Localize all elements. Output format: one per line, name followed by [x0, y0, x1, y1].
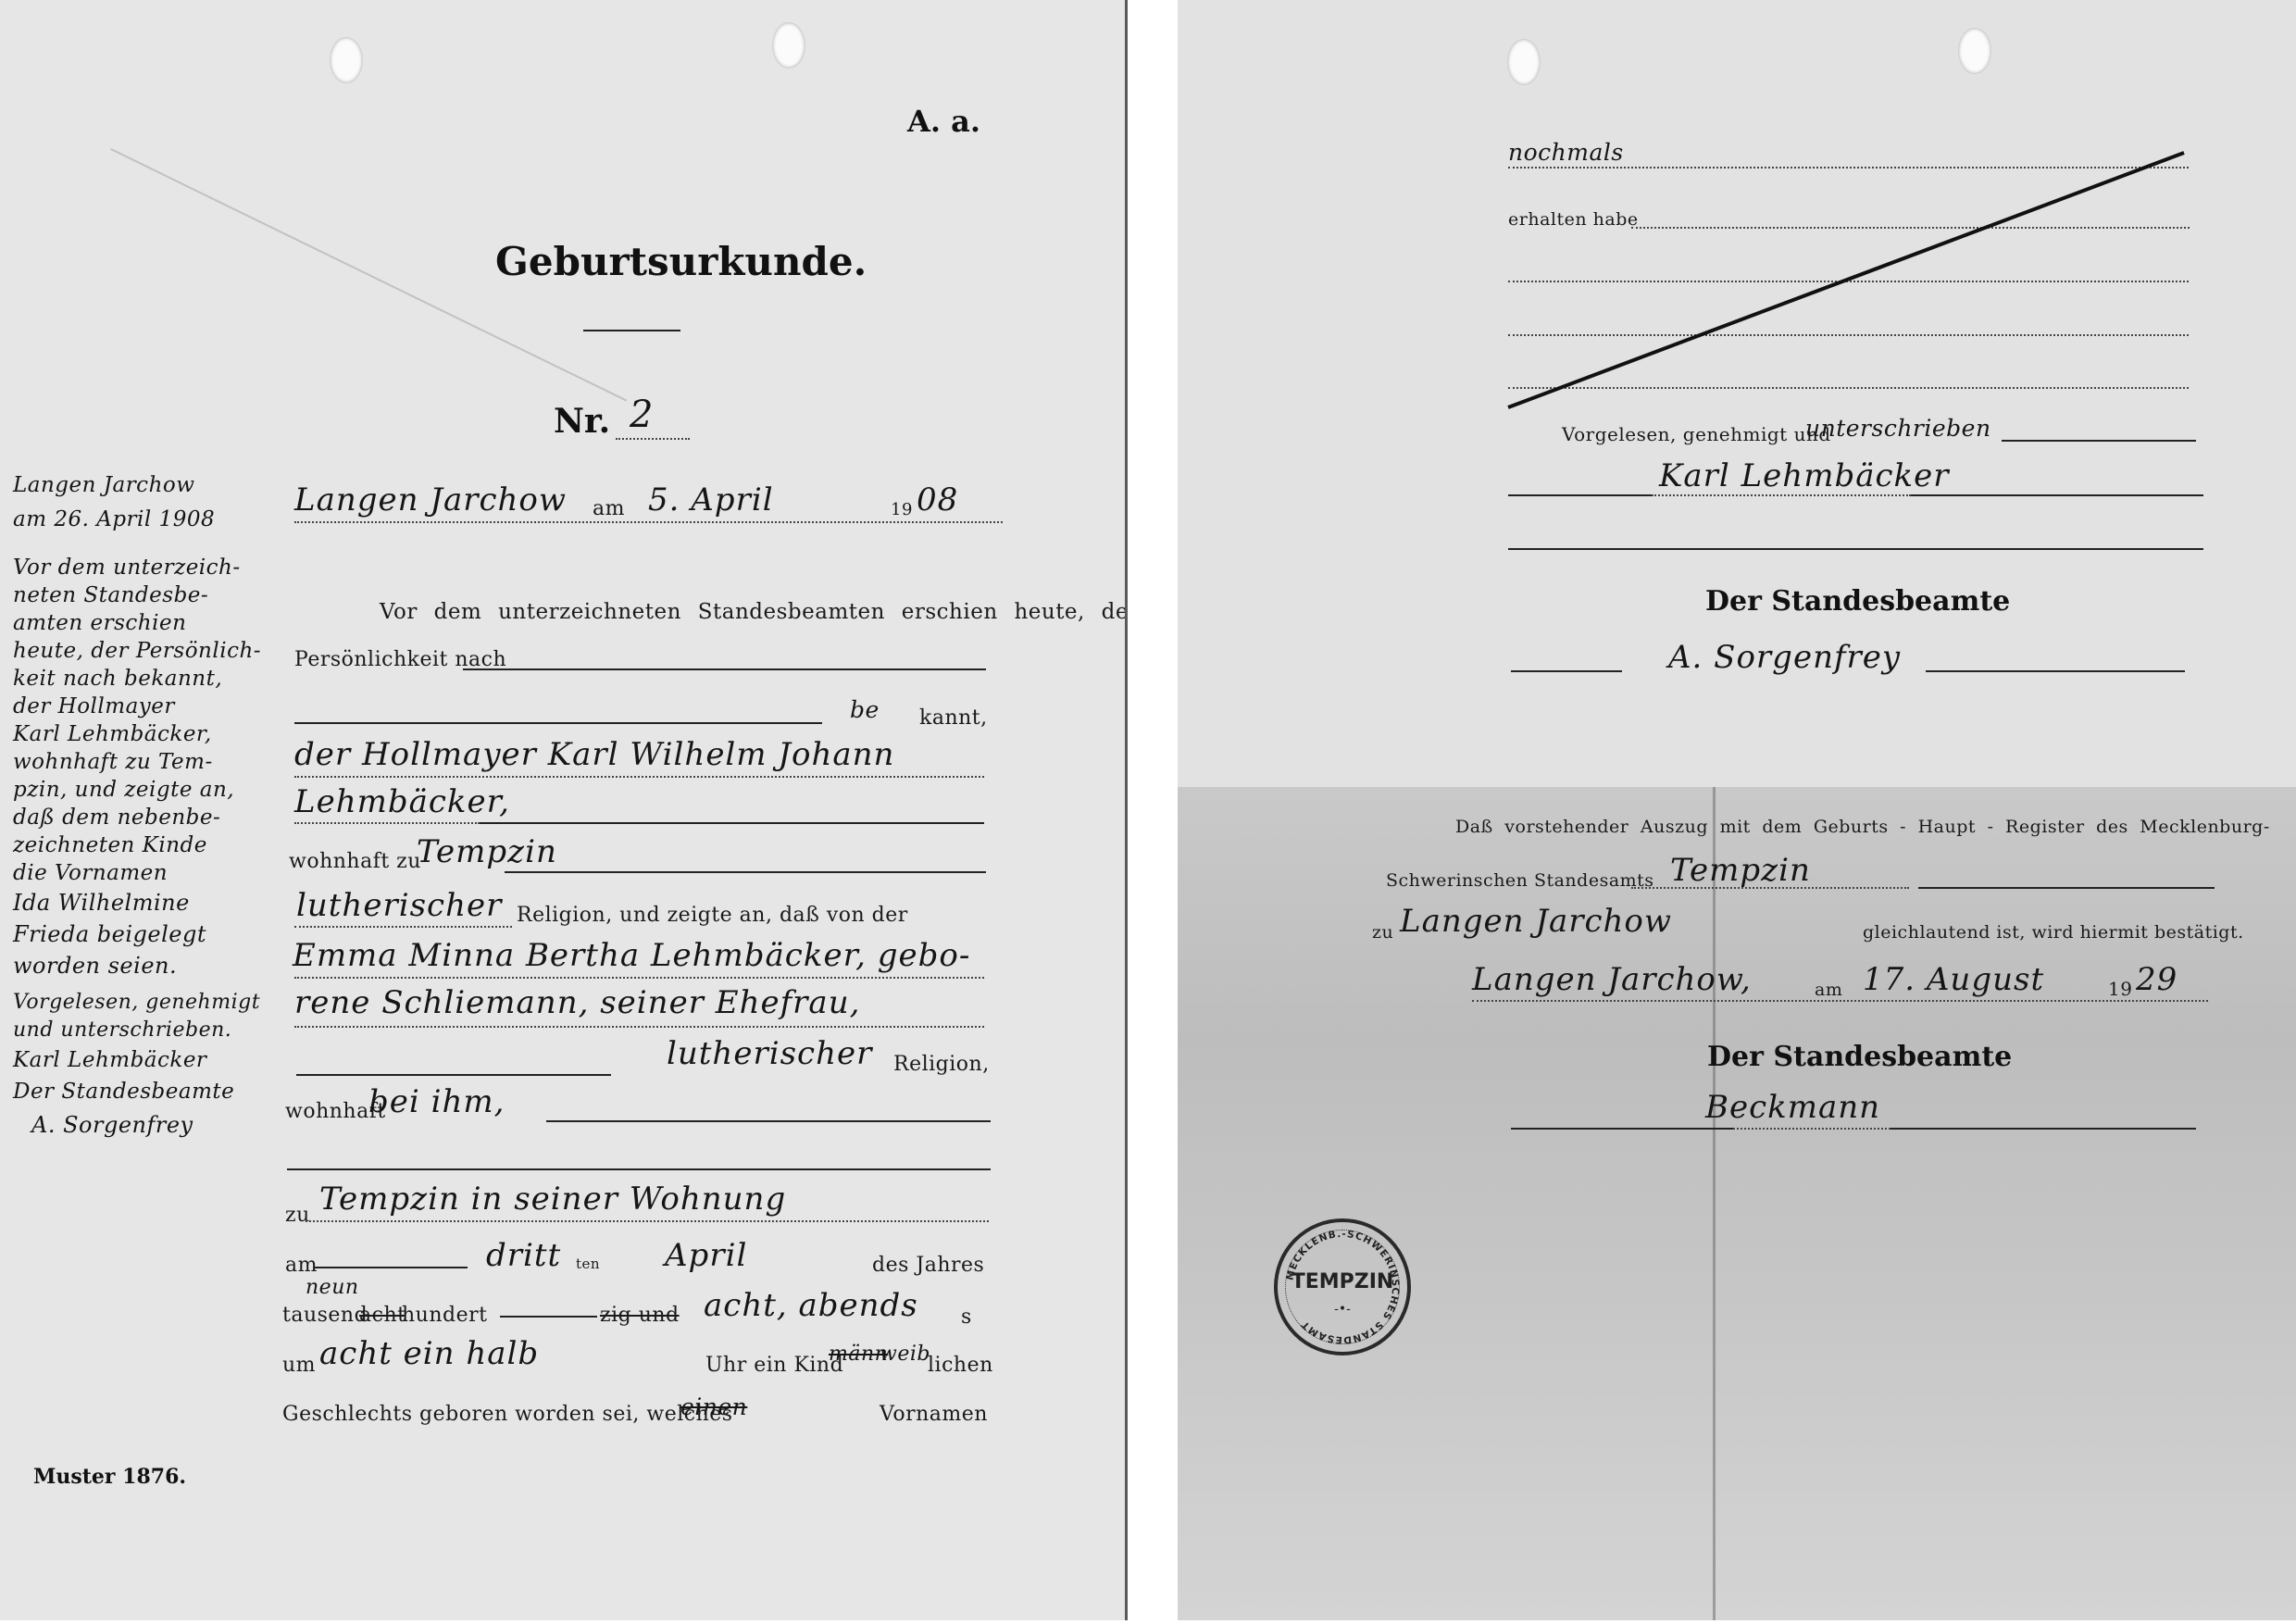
lichen-label: lichen [928, 1354, 993, 1377]
margin-note: Langen Jarchow am 26. April 1908 Vor dem… [13, 465, 291, 1143]
document-title: Geburtsurkunde. [495, 239, 867, 284]
mother-line-2: rene Schliemann, seiner Ehefrau, [294, 984, 860, 1021]
am-label-2: am [285, 1254, 318, 1277]
margin-line: worden seien. [13, 950, 291, 981]
margin-line: keit nach bekannt, [13, 665, 291, 693]
stamp-town: TEMPZIN [1278, 1270, 1407, 1293]
form-code: A. a. [907, 104, 980, 139]
worn-lower-section [1178, 787, 2296, 1620]
void-strike-line [1178, 0, 2296, 463]
margin-line: Vor dem unterzeich- [13, 554, 291, 581]
wohnhaft-zu-label: wohnhaft zu [289, 850, 421, 873]
blank-line [1918, 887, 2215, 889]
form-pattern-footer: Muster 1876. [33, 1465, 186, 1489]
registrar-signature-1: A. Sorgenfrey [1668, 639, 1901, 676]
bekannt-label: kannt, [919, 706, 988, 730]
margin-line: und unterschrieben. [13, 1017, 291, 1044]
margin-line: Ida Wilhelmine [13, 887, 291, 918]
geschlechts-text: Geschlechts geboren worden sei, welches [282, 1403, 733, 1426]
neun-insertion: neun [306, 1276, 359, 1299]
margin-line: die Vornamen [13, 859, 291, 887]
dotted-line [294, 822, 480, 824]
sex-value: weib [880, 1343, 930, 1366]
vorgelesen-label: Vorgelesen, genehmigt und [1562, 423, 1831, 445]
blank-line [1890, 1128, 2196, 1130]
gleichlautend-text: gleichlautend ist, wird hiermit bestätig… [1863, 922, 2244, 943]
father-religion: lutherischer [296, 887, 502, 924]
margin-line: pzin, und zeigte an, [13, 776, 291, 804]
birth-certificate-front-page: A. a. Geburtsurkunde. Nr. 2 Langen Jarch… [0, 0, 1128, 1620]
margin-line: Karl Lehmbäcker, [13, 720, 291, 748]
mother-line-1: Emma Minna Bertha Lehmbäcker, gebo- [293, 937, 970, 974]
blank-line [287, 1168, 991, 1170]
vorgelesen-value: unterschrieben [1805, 415, 1991, 442]
dotted-line [294, 776, 984, 778]
declarant-signature: Karl Lehmbäcker [1659, 457, 1950, 494]
day-suffix: ten [576, 1255, 600, 1272]
zu-label: zu [285, 1204, 310, 1227]
birth-time: acht ein halb [319, 1335, 539, 1372]
blank-line [1508, 548, 2203, 550]
margin-line: daß dem nebenbe- [13, 804, 291, 831]
blank-line [1508, 494, 1652, 496]
mother-religion-label: Religion, [893, 1053, 990, 1076]
year-prefix: 19 [891, 500, 913, 519]
registrar-heading-2: Der Standesbeamte [1707, 1041, 2012, 1073]
mother-religion: lutherischer [667, 1035, 872, 1072]
year-suffix: 08 [917, 481, 958, 518]
hundert-label: hundert [402, 1304, 487, 1327]
registrar-signature-2: Beckmann [1705, 1089, 1880, 1126]
blank-line [2002, 440, 2196, 442]
record-date: 5. April [648, 481, 774, 518]
des-jahres-label: des Jahres [872, 1254, 984, 1277]
uhr-text: Uhr ein Kind [705, 1354, 843, 1377]
dotted-line [1652, 494, 1911, 496]
zu-label-cert: zu [1372, 922, 1393, 943]
dotted-line [294, 977, 984, 979]
standesamt-value: Tempzin [1670, 852, 1811, 889]
blank-line [296, 1074, 611, 1076]
margin-line: amten erschien [13, 609, 291, 637]
certification-place: Langen Jarchow, [1472, 961, 1752, 998]
registrar-heading-1: Der Standesbeamte [1705, 585, 2010, 618]
record-place: Langen Jarchow [294, 481, 567, 518]
wohnhaft-zu-value: Tempzin [417, 833, 557, 870]
dotted-line [294, 1026, 984, 1028]
blank-line [480, 822, 984, 824]
tausend-label: tausend [282, 1304, 368, 1327]
blank-line [500, 1316, 597, 1318]
punch-hole [330, 37, 363, 83]
dotted-line [294, 926, 512, 928]
blank-line [1911, 494, 2203, 496]
acht-struck: acht [359, 1304, 406, 1327]
zig-label: zig und [600, 1304, 680, 1327]
margin-line: wohnhaft zu Tem- [13, 748, 291, 776]
schwerin-label: Schwerinschen Standesamts [1386, 870, 1654, 891]
vornamen-label: Vornamen [880, 1403, 988, 1426]
declarant-line-2: Lehmbäcker, [294, 783, 510, 820]
stamp-ornament: -•- [1278, 1302, 1407, 1317]
margin-line: heute, der Persönlich- [13, 637, 291, 665]
margin-line: Vorgelesen, genehmigt [13, 989, 291, 1017]
dotted-line [1733, 1128, 1890, 1130]
blank-line [1511, 670, 1622, 672]
certification-date: 17. August [1863, 961, 2044, 998]
blank-line [546, 1120, 991, 1122]
date-dotted-line [294, 521, 1003, 523]
fold-crease [1713, 787, 1716, 1620]
title-underline [583, 330, 680, 331]
margin-line: Frieda beigelegt [13, 918, 291, 950]
blank-line [1511, 1128, 1733, 1130]
cert-year-suffix: 29 [2136, 961, 2177, 998]
blank-line [505, 871, 986, 873]
year-units: acht, abends [704, 1287, 918, 1324]
margin-line: zeichneten Kinde [13, 831, 291, 859]
margin-line: Der Standesbeamte [13, 1076, 291, 1107]
religion-text: Religion, und zeigte an, daß von der [517, 904, 908, 927]
register-place: Langen Jarchow [1400, 903, 1672, 940]
birth-day: dritt [486, 1237, 561, 1274]
number-dotted-line [616, 438, 690, 440]
margin-line: der Hollmayer [13, 693, 291, 720]
number-label: Nr. [554, 402, 610, 441]
vornamen-value: einen [680, 1393, 747, 1420]
blank-line [463, 668, 986, 670]
dotted-line [1472, 1000, 2208, 1002]
certification-text: Daß vorstehender Auszug mit dem Geburts … [1455, 817, 2270, 837]
s-suffix: s [961, 1305, 972, 1329]
official-seal-stamp: MECKLENB.-SCHWERINSCHES STANDESAMT TEMPZ… [1274, 1218, 1411, 1355]
margin-line: A. Sorgenfrey [13, 1107, 291, 1143]
blank-line [1926, 670, 2185, 672]
birth-place: Tempzin in seiner Wohnung [319, 1181, 786, 1218]
bekannt-hand: be [850, 696, 880, 723]
punch-hole [772, 22, 805, 69]
birth-month: April [665, 1237, 747, 1274]
margin-line: neten Standesbe- [13, 581, 291, 609]
margin-line: am 26. April 1908 [13, 506, 291, 533]
margin-line: Langen Jarchow [13, 465, 291, 506]
am-label: am [593, 497, 625, 520]
blank-line [294, 722, 822, 724]
dotted-line [306, 1220, 989, 1222]
blank-line [315, 1267, 468, 1268]
cert-year-prefix: 19 [2108, 978, 2132, 1000]
margin-line: Karl Lehmbäcker [13, 1044, 291, 1076]
number-value: 2 [630, 394, 654, 436]
cert-am-label: am [1815, 980, 1842, 1000]
wohnhaft-value: bei ihm, [368, 1083, 505, 1120]
declarant-line-1: der Hollmayer Karl Wilhelm Johann [294, 736, 894, 773]
um-label: um [282, 1354, 316, 1377]
birth-certificate-back-page: nochmals erhalten habe Vorgelesen, geneh… [1178, 0, 2296, 1620]
intro-text: Vor dem unterzeichneten Standesbeamten e… [380, 600, 1128, 624]
